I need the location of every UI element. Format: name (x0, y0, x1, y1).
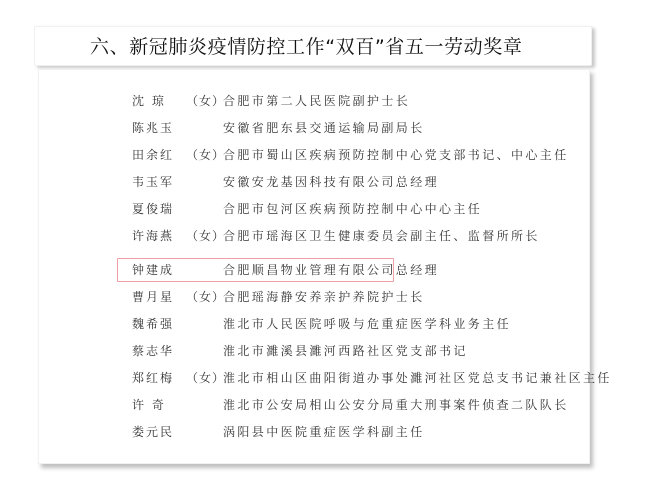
awardee-name: 钟建成 (132, 260, 186, 280)
awardee-name: 郑红梅 (132, 368, 186, 388)
awardee-name: 沈 琼 (132, 91, 186, 111)
awardee-description: 淮北市公安局相山公安分局重大刑事案件侦查二队队长 (223, 395, 569, 415)
awardee-description: 淮北市濉溪县濉河西路社区党支部书记 (223, 341, 468, 361)
awardee-description: 合肥顺昌物业管理有限公司总经理 (223, 260, 439, 280)
awardee-description: 合肥市第二人民医院副护士长 (223, 91, 410, 111)
awardee-gender: （女） (186, 91, 222, 111)
awardee-name: 曹月星 (132, 287, 186, 307)
awardee-description: 合肥市包河区疾病预防控制中心中心主任 (223, 199, 482, 219)
awardee-gender: （女） (186, 368, 222, 388)
awardee-description: 涡阳县中医院重症医学科副主任 (223, 422, 425, 442)
awardee-name: 夏俊瑞 (132, 199, 186, 219)
awardee-list-card: 沈 琼 （女） 合肥市第二人民医院副护士长 陈兆玉 安徽省肥东县交通运输局副局长… (38, 69, 590, 464)
awardee-description: 合肥市蜀山区疾病预防控制中心党支部书记、中心主任 (223, 145, 569, 165)
awardee-name: 魏希强 (132, 314, 186, 334)
awardee-gender: （女） (186, 287, 222, 307)
section-title: 六、新冠肺炎疫情防控工作“双百”省五一劳动奖章 (90, 34, 523, 60)
awardee-list: 沈 琼 （女） 合肥市第二人民医院副护士长 陈兆玉 安徽省肥东县交通运输局副局长… (39, 70, 589, 463)
awardee-description: 合肥瑶海静安养亲护养院护士长 (223, 287, 425, 307)
awardee-gender: （女） (186, 226, 222, 246)
awardee-description: 合肥市瑶海区卫生健康委员会副主任、监督所所长 (223, 226, 540, 246)
awardee-name: 陈兆玉 (132, 118, 186, 138)
awardee-description: 淮北市相山区曲阳街道办事处濉河社区党总支书记兼社区主任 (223, 368, 612, 388)
awardee-description: 安徽省肥东县交通运输局副局长 (223, 118, 425, 138)
awardee-description: 安徽安龙基因科技有限公司总经理 (223, 172, 439, 192)
awardee-description: 淮北市人民医院呼吸与危重症医学科业务主任 (223, 314, 511, 334)
awardee-name: 娄元民 (132, 422, 186, 442)
awardee-gender: （女） (186, 145, 222, 165)
awardee-name: 许海燕 (132, 226, 186, 246)
awardee-name: 韦玉军 (132, 172, 186, 192)
awardee-name: 田余红 (132, 145, 186, 165)
awardee-name: 许 奇 (132, 395, 186, 415)
awardee-name: 蔡志华 (132, 341, 186, 361)
title-card: 六、新冠肺炎疫情防控工作“双百”省五一劳动奖章 (34, 26, 592, 66)
